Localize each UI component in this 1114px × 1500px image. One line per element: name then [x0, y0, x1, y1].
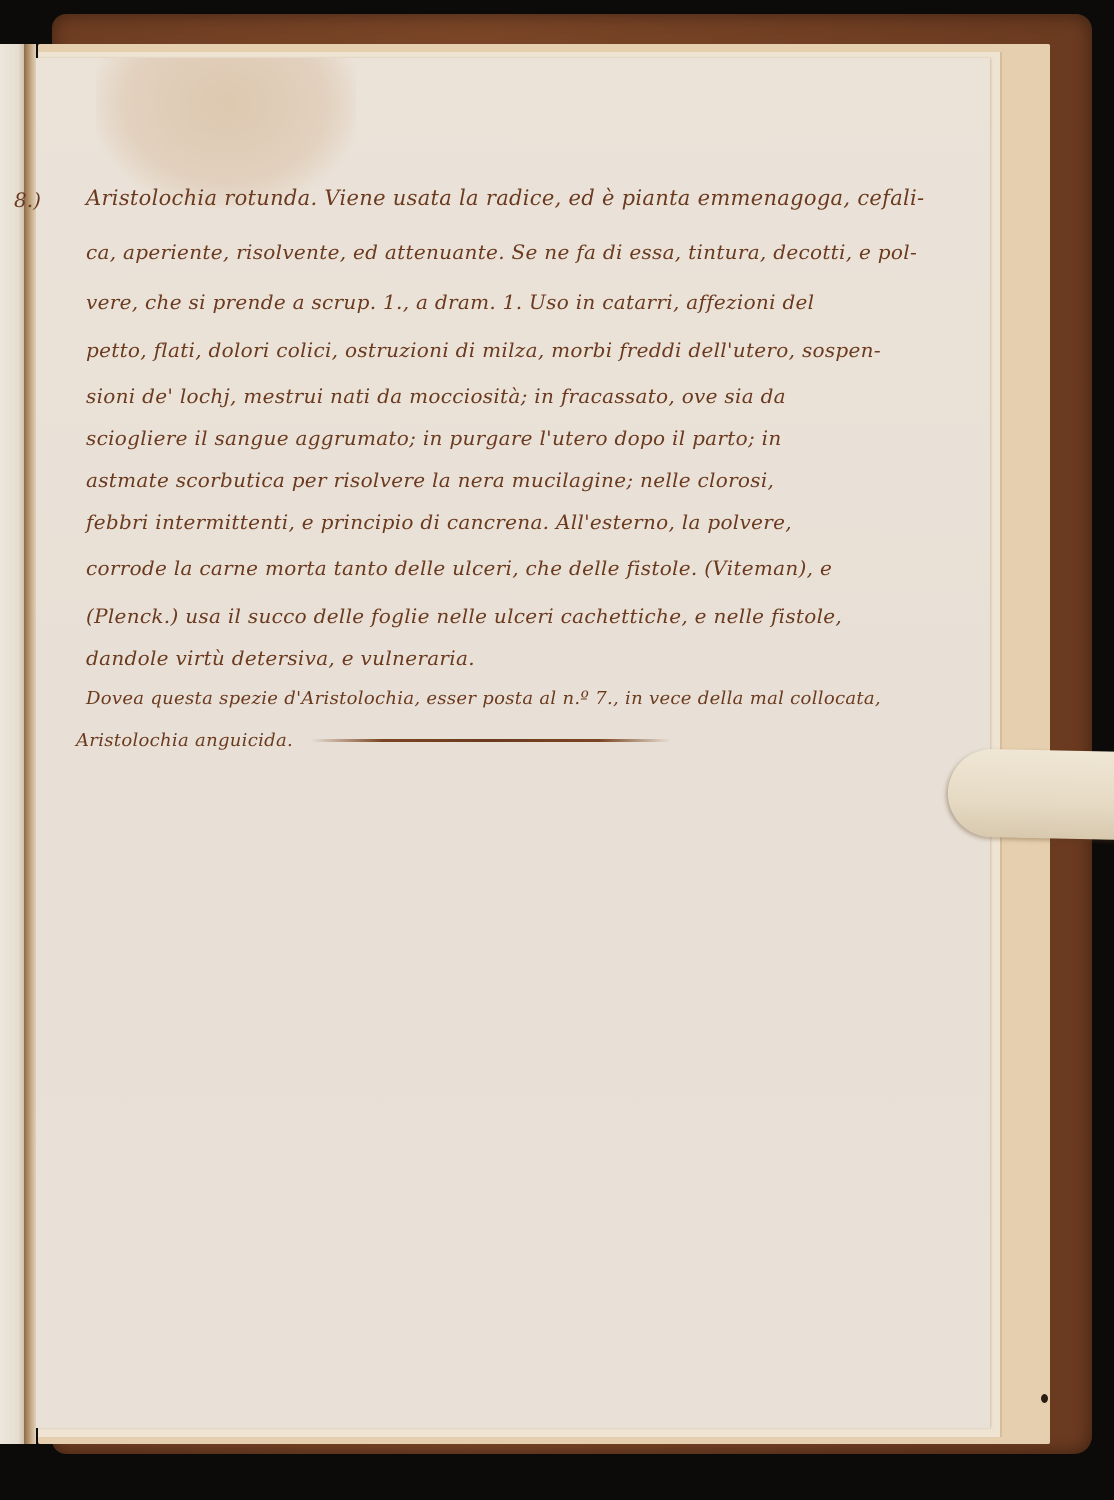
- text-line: corrode la carne morta tanto delle ulcer…: [86, 556, 832, 580]
- text-line: vere, che si prende a scrup. 1., a dram.…: [86, 290, 814, 314]
- section-divider-flourish: [311, 739, 671, 742]
- text-line: dandole virtù detersiva, e vulneraria.: [86, 646, 475, 670]
- text-line: ca, aperiente, risolvente, ed attenuante…: [86, 240, 917, 264]
- text-line: (Plenck.) usa il succo delle foglie nell…: [86, 604, 842, 628]
- text-line-note: Dovea questa spezie d'Aristolochia, esse…: [86, 688, 881, 709]
- text-line: Aristolochia rotunda. Viene usata la rad…: [86, 186, 924, 210]
- book-gutter: [24, 44, 36, 1444]
- text-line: petto, flati, dolori colici, ostruzioni …: [86, 338, 881, 362]
- text-line: sioni de' lochj, mestrui nati da moccios…: [86, 384, 786, 408]
- ivory-page-marker: [947, 748, 1114, 840]
- text-line: sciogliere il sangue aggrumato; in purga…: [86, 426, 782, 450]
- cover-rivet: [1041, 1394, 1048, 1403]
- facing-page-edge: [0, 44, 26, 1444]
- text-line: febbri intermittenti, e principio di can…: [86, 510, 792, 534]
- text-line-note: Aristolochia anguicida.: [76, 730, 293, 751]
- text-line: astmate scorbutica per risolvere la nera…: [86, 468, 774, 492]
- entry-number: 8.): [14, 188, 41, 212]
- manuscript-page: 8.) Aristolochia rotunda. Viene usata la…: [36, 58, 990, 1428]
